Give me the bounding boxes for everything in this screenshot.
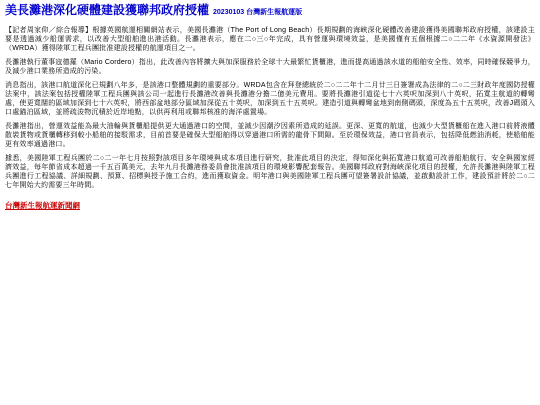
paragraph-lead: 【記者周家仰／綜合報導】根據英國航運相關網站表示，美國長灘港（The Port …: [5, 26, 535, 53]
date-edition-label: 20230103 台灣新生報航運版: [213, 9, 302, 16]
paragraph-project-details: 消息指出，該港口航道深化已規劃八年多，是該港口整體規劃的重要部分。WRDA包含在…: [5, 81, 535, 117]
news-site-link[interactable]: 台灣新生報航運新聞網: [5, 200, 80, 211]
paragraph-quote-cordero: 長灘港執行董事寇德羅（Mario Cordero）指出，此改善內容將擴大與加深服…: [5, 58, 535, 76]
paragraph-schedule: 據悉，美國陸軍工程兵團於二○二一年七月按照對該項目多年環境與成本項目進行研究，批…: [5, 154, 535, 190]
article-page: 美長灘港深化硬體建設獲聯邦政府授權20230103 台灣新生報航運版 【記者周家…: [0, 0, 540, 405]
article-title: 美長灘港深化硬體建設獲聯邦政府授權: [5, 3, 209, 17]
paragraph-benefits: 長灘港指出，營運效益能為最大油輪與貨櫃船提供更大通過港口的空間，並減少因潮汐因素…: [5, 122, 535, 149]
page-title: 美長灘港深化硬體建設獲聯邦政府授權20230103 台灣新生報航運版: [5, 4, 535, 19]
